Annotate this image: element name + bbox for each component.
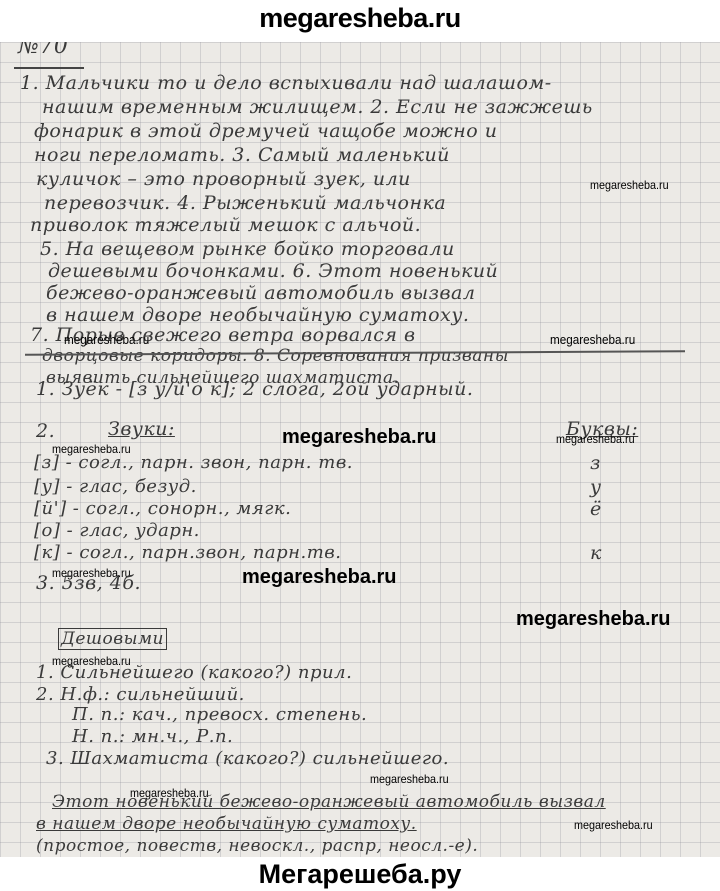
phonetic-number: 2. — [36, 420, 55, 442]
sentence-line: 1. Мальчики то и дело вспыхивали над шал… — [20, 72, 552, 94]
watermark: megaresheba.ru — [64, 332, 149, 347]
sentence-line: приволок тяжелый мешок с альчой. — [30, 214, 421, 236]
notebook-page: №70 1. Мальчики то и дело вспыхивали над… — [0, 42, 720, 857]
morph-header: Дешовыми — [58, 628, 167, 650]
title-underline — [14, 67, 84, 69]
bottom-watermark: Мегарешеба.ру — [0, 857, 720, 891]
top-watermark: megaresheba.ru — [0, 0, 720, 42]
watermark: megaresheba.ru — [550, 332, 635, 347]
sound-row: [у] - глас, безуд. — [34, 476, 197, 497]
sentence-line: перевозчик. 4. Рыженький мальчонка — [44, 192, 446, 214]
exercise-number: №70 — [18, 42, 68, 59]
letter-cell: к — [590, 542, 602, 564]
sentence-line: куличок – это проворный зуек, или — [36, 168, 411, 190]
morph-item: 3. Шахматиста (какого?) сильнейшего. — [46, 748, 449, 769]
phonetic-line: 1. Зуёк - [з у/й'о к]; 2 слога, 2ой удар… — [36, 378, 473, 400]
summary-line: 3. 5зв, 4б. — [36, 572, 141, 594]
sentence-line: дешевыми бочонками. 6. Этот новенький — [48, 260, 498, 282]
watermark: megaresheba.ru — [516, 608, 671, 631]
sound-row: [к] - согл., парн.звон, парн.тв. — [34, 542, 342, 563]
sound-row: [з] - согл., парн. звон, парн. тв. — [34, 452, 353, 473]
watermark: megaresheba.ru — [574, 818, 653, 832]
sound-row: [й'] - согл., сонорн., мягк. — [34, 498, 291, 519]
sentence-line: 5. На вещевом рынке бойко торговали — [40, 238, 455, 260]
parse-line: Этот новенький бежево-оранжевый автомоби… — [52, 792, 606, 812]
parse-line: (простое, повеств, невоскл., распр, неос… — [36, 836, 478, 856]
letter-cell: ё — [590, 498, 602, 520]
morph-item: 1. Сильнейшего (какого?) прил. — [36, 662, 352, 683]
sentence-line: в нашем дворе необычайную суматоху. — [46, 304, 469, 326]
letter-cell: у — [590, 476, 602, 498]
watermark: megaresheba.ru — [590, 178, 669, 192]
sentence-line: ноги переломать. 3. Самый маленький — [34, 144, 450, 166]
watermark: megaresheba.ru — [370, 772, 449, 786]
sound-row: [о] - глас, ударн. — [34, 520, 200, 541]
morph-item: 2. Н.ф.: сильнейший. — [36, 684, 245, 705]
watermark: megaresheba.ru — [282, 426, 437, 449]
sentence-line: дворцовые коридоры. 8. Соревнования приз… — [42, 346, 509, 366]
parse-line: в нашем дворе необычайную суматоху. — [36, 814, 417, 834]
watermark: megaresheba.ru — [556, 432, 635, 446]
sentence-line: нашим временным жилищем. 2. Если не зажж… — [42, 96, 593, 118]
morph-item: П. п.: кач., превосх. степень. — [72, 704, 367, 725]
watermark: megaresheba.ru — [242, 566, 397, 589]
sentence-line: фонарик в этой дремучей чащобе можно и — [34, 120, 497, 142]
morph-item: Н. п.: мн.ч., Р.п. — [72, 726, 233, 747]
sentence-line: бежево-оранжевый автомобиль вызвал — [46, 282, 475, 304]
sounds-header: Звуки: — [108, 418, 175, 440]
letter-cell: з — [590, 452, 601, 474]
